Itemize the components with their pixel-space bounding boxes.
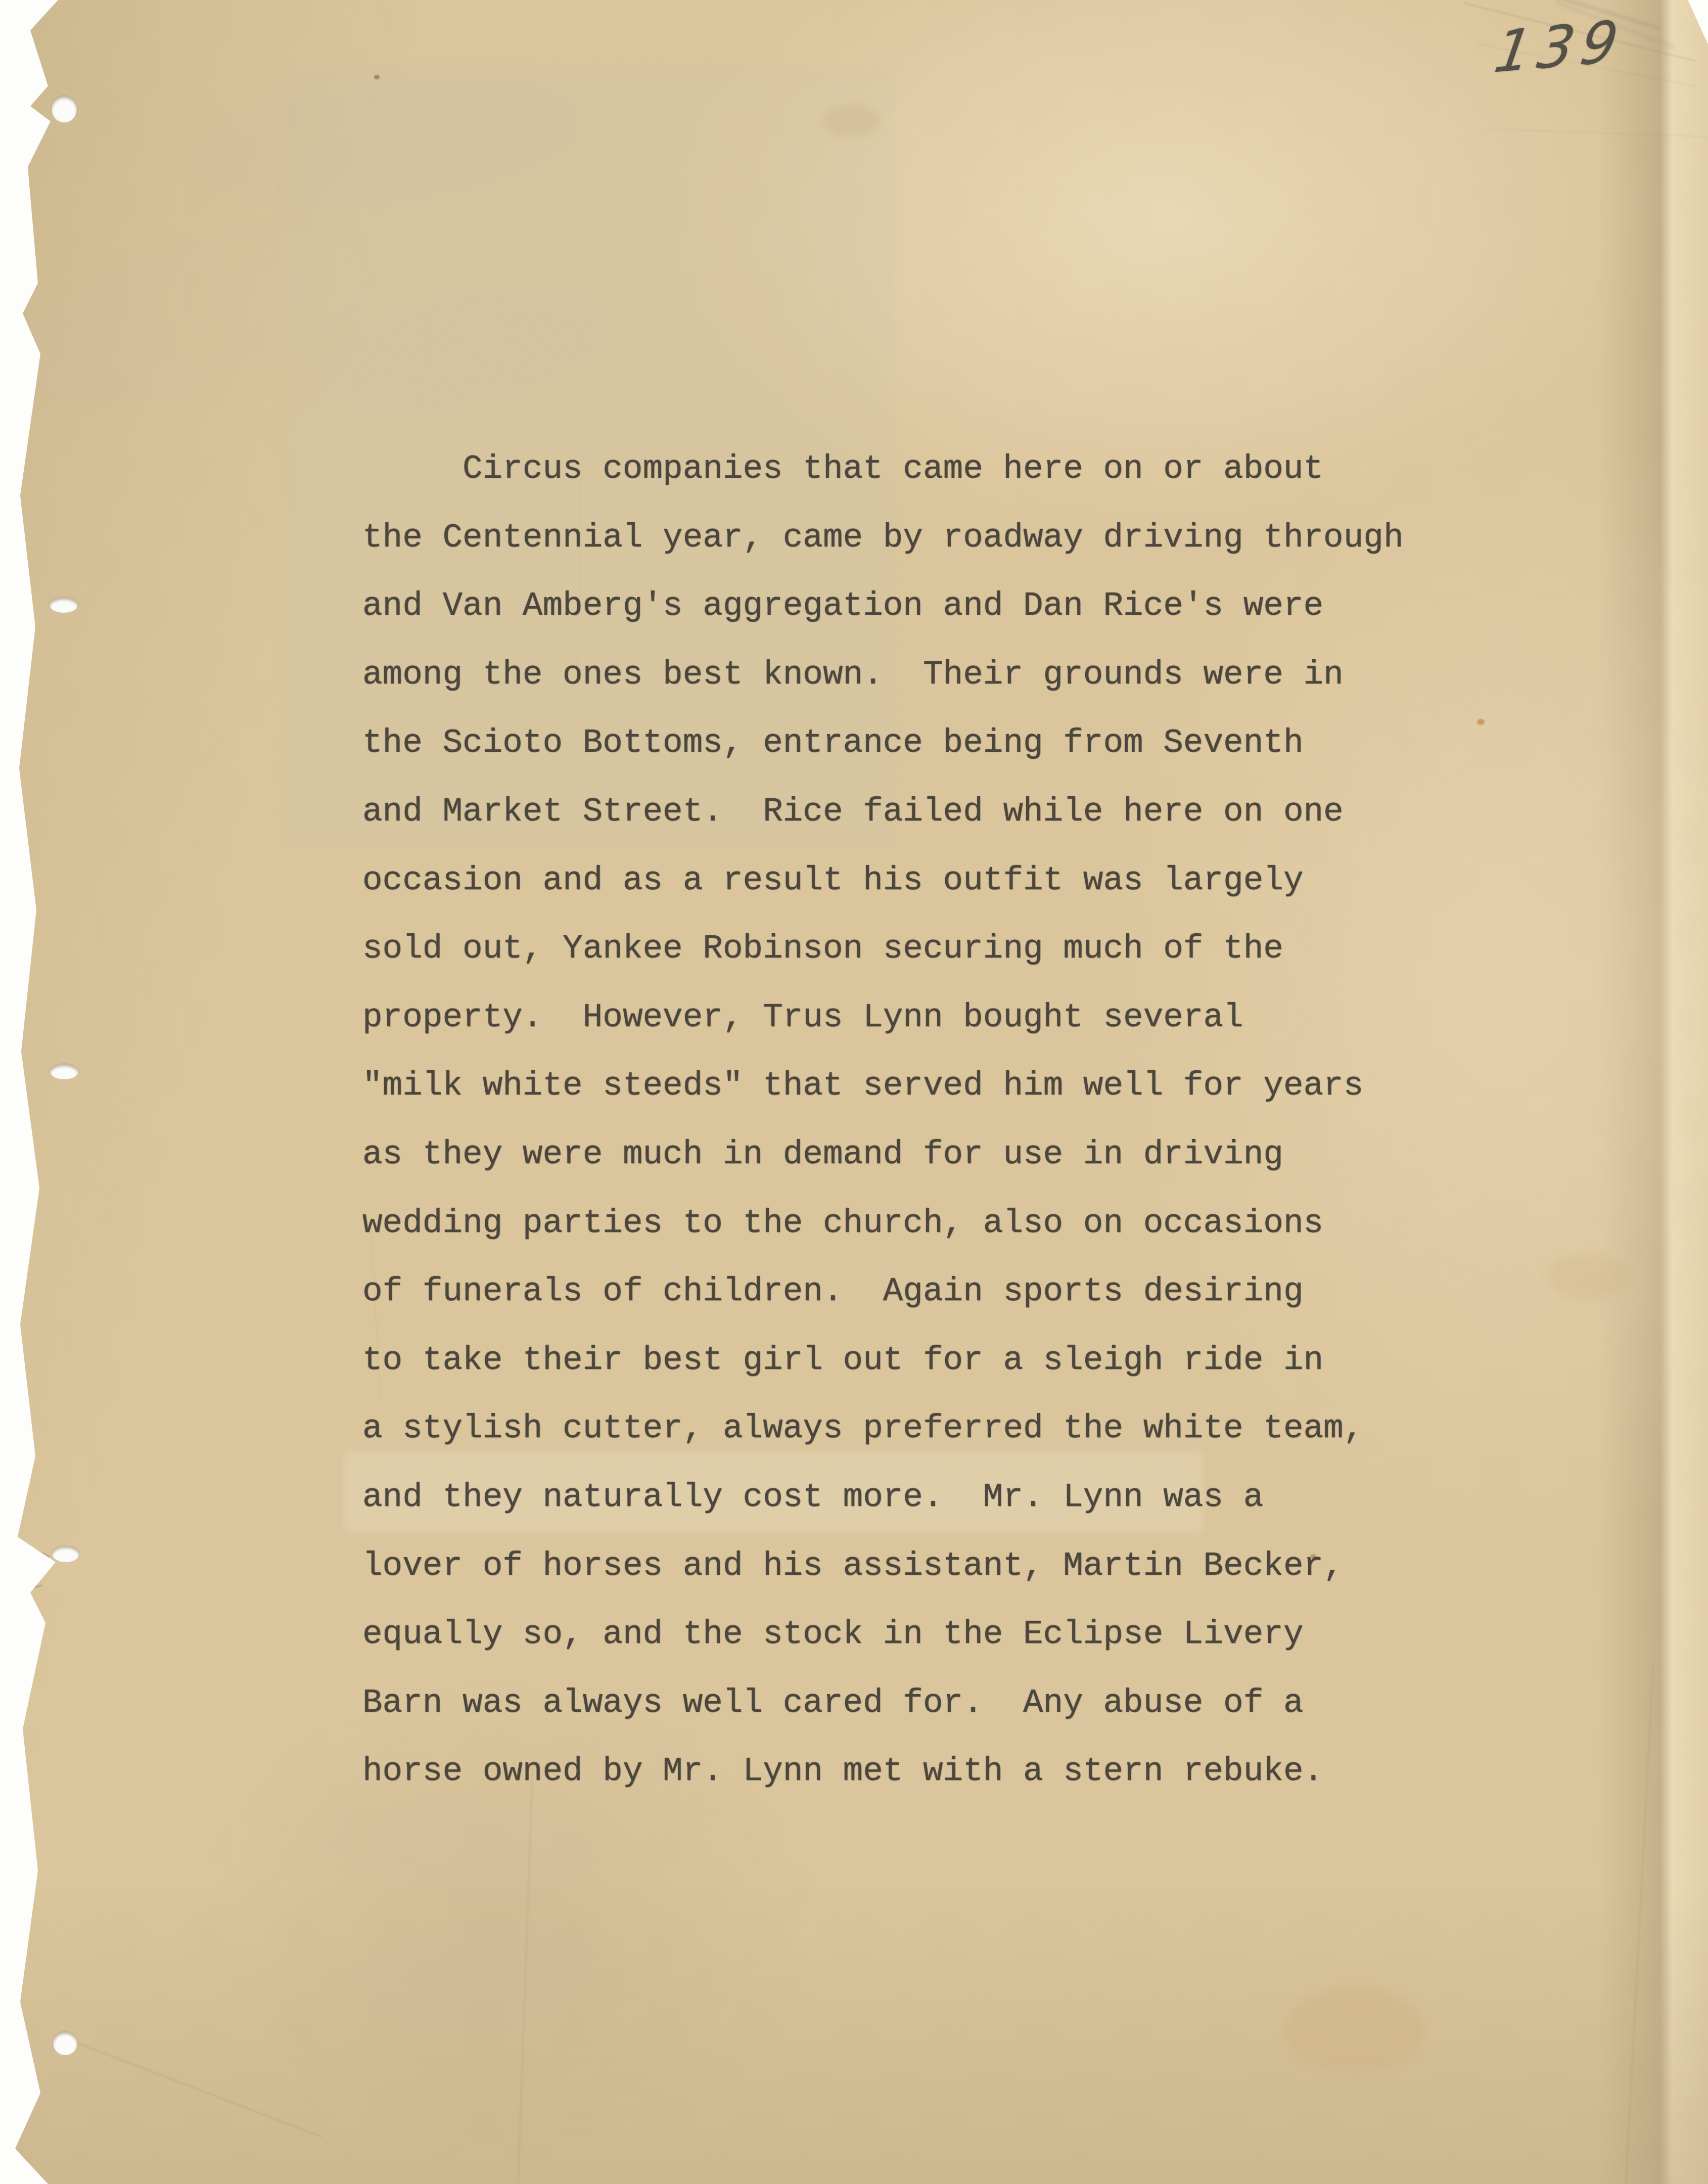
stain-blotch-right-margin	[1547, 1254, 1628, 1299]
typed-line: to take their best girl out for a sleigh…	[362, 1326, 1500, 1395]
paper-sheet: 139 Circus companies that came here on o…	[0, 0, 1708, 2184]
typed-line: the Centennial year, came by roadway dri…	[362, 504, 1500, 572]
punch-hole-4	[52, 1546, 79, 1562]
typed-line: "milk white steeds" that served him well…	[362, 1052, 1500, 1120]
typed-line: sold out, Yankee Robinson securing much …	[362, 915, 1500, 983]
punch-hole-5	[53, 2032, 77, 2055]
stain-blotch-top-center	[824, 106, 880, 136]
typed-line: among the ones best known. Their grounds…	[362, 641, 1500, 709]
typed-line: property. However, Trus Lynn bought seve…	[362, 983, 1500, 1052]
crease-bottom-left-diagonal	[57, 2035, 322, 2137]
typed-line: of funerals of children. Again sports de…	[362, 1257, 1500, 1326]
stain-blotch-bottom-right	[1284, 1987, 1425, 2073]
crease-right-fold-lower	[1625, 1664, 1654, 2184]
page-number-handwritten: 139	[1490, 8, 1630, 86]
typed-line: as they were much in demand for use in d…	[362, 1120, 1500, 1189]
scanned-document-page: 139 Circus companies that came here on o…	[0, 0, 1708, 2184]
punch-hole-2	[50, 598, 78, 613]
typed-line: and Van Amberg's aggregation and Dan Ric…	[362, 572, 1500, 641]
typed-line: wedding parties to the church, also on o…	[362, 1189, 1500, 1258]
stain-brown-speck	[374, 75, 380, 79]
paper-fiber	[16, 1540, 50, 1558]
typed-line: Circus companies that came here on or ab…	[362, 435, 1500, 504]
punch-hole-3	[50, 1064, 78, 1079]
typed-line: a stylish cutter, always preferred the w…	[362, 1394, 1500, 1463]
ghost-impression-bottom-left-2	[346, 1903, 604, 2056]
typed-line: the Scioto Bottoms, entrance being from …	[362, 709, 1500, 778]
typed-line: equally so, and the stock in the Eclipse…	[362, 1600, 1500, 1669]
punch-hole-1	[52, 96, 77, 122]
typed-line: occasion and as a result his outfit was …	[362, 846, 1500, 915]
typed-line: and Market Street. Rice failed while her…	[362, 778, 1500, 846]
paper-fiber-2	[13, 1584, 42, 1594]
crease-top-right-horizontal	[1491, 128, 1708, 137]
typed-line: horse owned by Mr. Lynn met with a stern…	[362, 1737, 1500, 1806]
typed-line: lover of horses and his assistant, Marti…	[362, 1532, 1500, 1601]
typed-text-block: Circus companies that came here on or ab…	[362, 435, 1500, 1806]
typed-line: Barn was always well cared for. Any abus…	[362, 1669, 1500, 1738]
typed-line: and they naturally cost more. Mr. Lynn w…	[362, 1463, 1500, 1532]
